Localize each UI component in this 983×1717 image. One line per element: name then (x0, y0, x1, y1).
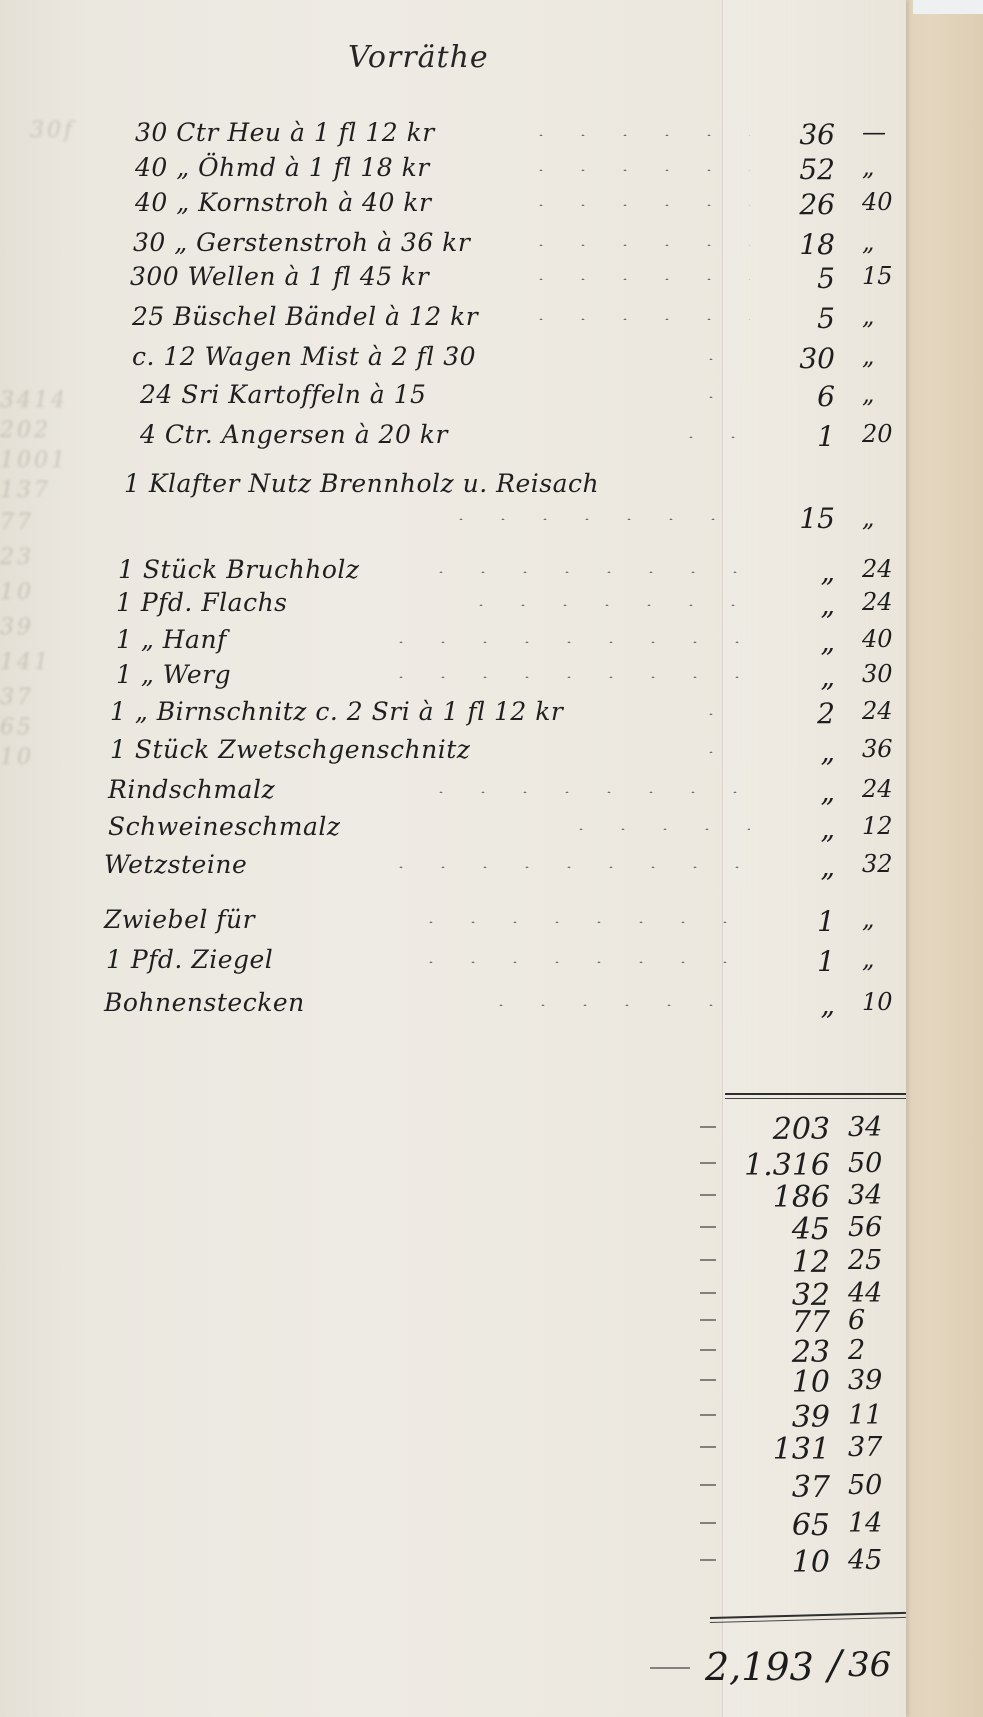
dash-mark (700, 1349, 716, 1351)
dot-leader (410, 961, 750, 963)
dash-mark (700, 1522, 716, 1524)
item-gulden: „ (775, 660, 835, 693)
subtotal-kreuzer: 37 (848, 1432, 904, 1463)
item-kreuzer: „ (862, 302, 906, 330)
dot-leader (690, 358, 750, 360)
item-kreuzer: „ (862, 228, 906, 256)
dash-mark (700, 1226, 716, 1228)
dot-leader (480, 1004, 750, 1006)
dash-mark (700, 1259, 716, 1261)
item-gulden: „ (775, 988, 835, 1021)
item-description: 40 „ Kornstroh à 40 kr (135, 188, 431, 217)
item-description: 1 „ Werg (116, 660, 231, 689)
item-kreuzer: „ (862, 905, 906, 933)
item-gulden: 1 (775, 945, 835, 978)
item-description: 40 „ Öhmd à 1 fl 18 kr (135, 153, 430, 182)
grand-total-gulden: 2,193 (705, 1645, 835, 1689)
subtotal-row: 37 50 (0, 1470, 906, 1502)
item-description: 24 Sri Kartoffeln à 15 (140, 380, 426, 409)
dot-leader (690, 396, 750, 398)
item-kreuzer: „ (862, 153, 906, 181)
grand-total-kreuzer: 36 (848, 1645, 906, 1685)
item-gulden: 26 (775, 188, 835, 221)
sum-rule-secondary (725, 1098, 906, 1099)
ledger-row: 40 „ Kornstroh à 40 kr 26 40 (0, 188, 906, 224)
item-kreuzer: 36 (862, 735, 906, 763)
ledger-row: Bohnenstecken „ 10 (0, 988, 906, 1024)
item-gulden: 36 (775, 118, 835, 151)
subtotal-kreuzer: 45 (848, 1545, 904, 1576)
dot-leader (690, 751, 750, 753)
dot-leader (380, 866, 750, 868)
item-gulden: „ (775, 588, 835, 621)
item-description: 1 Pfd. Ziegel (106, 945, 273, 974)
item-description: 1 „ Hanf (116, 625, 227, 654)
dot-leader (520, 244, 750, 246)
ledger-row: 30 Ctr Heu à 1 fl 12 kr 36 — (0, 118, 906, 154)
ledger-row: Wetzsteine „ 32 (0, 850, 906, 886)
subtotal-row: 12 25 (0, 1245, 906, 1277)
item-description: 300 Wellen à 1 fl 45 kr (130, 262, 429, 291)
background-gap (913, 0, 983, 14)
item-description: 1 Klafter Nutz Brennholz u. Reisach (124, 462, 644, 506)
ledger-row: 30 „ Gerstenstroh à 36 kr 18 „ (0, 228, 906, 264)
item-gulden: 52 (775, 153, 835, 186)
subtotal-gulden: 131 (730, 1432, 830, 1467)
subtotal-kreuzer: 34 (848, 1180, 904, 1211)
ledger-row: 1 Klafter Nutz Brennholz u. Reisach 15 „ (0, 462, 906, 532)
item-gulden: 5 (775, 262, 835, 295)
dot-leader (520, 278, 750, 280)
item-gulden: „ (775, 850, 835, 883)
item-kreuzer: 24 (862, 555, 906, 583)
item-kreuzer: 30 (862, 660, 906, 688)
item-gulden: „ (775, 735, 835, 768)
subtotal-kreuzer: 2 (848, 1335, 904, 1366)
subtotal-gulden: 12 (730, 1245, 830, 1280)
item-kreuzer: 10 (862, 988, 906, 1016)
dot-leader (520, 318, 750, 320)
subtotal-row: 10 45 (0, 1545, 906, 1577)
ledger-row: Zwiebel für 1 „ (0, 905, 906, 941)
ledger-row: 1 Stück Zwetschgenschnitz „ 36 (0, 735, 906, 771)
item-description: Rindschmalz (108, 775, 275, 804)
dot-leader (380, 676, 750, 678)
dash-mark (700, 1484, 716, 1486)
item-gulden: 30 (775, 342, 835, 375)
subtotal-row: 39 11 (0, 1400, 906, 1432)
dot-leader (410, 921, 750, 923)
subtotal-gulden: 1.316 (730, 1148, 830, 1183)
ledger-row: 1 „ Hanf „ 40 (0, 625, 906, 661)
item-description: 30 „ Gerstenstroh à 36 kr (133, 228, 470, 257)
subtotal-kreuzer: 34 (848, 1112, 904, 1143)
subtotal-row: 203 34 (0, 1112, 906, 1144)
item-description: 25 Büschel Bändel à 12 kr (132, 302, 478, 331)
item-gulden: „ (775, 812, 835, 845)
grand-total-row: 2,193 / 36 (0, 1645, 906, 1695)
dot-leader (690, 713, 750, 715)
ledger-row: 1 „ Werg „ 30 (0, 660, 906, 696)
item-gulden: „ (775, 625, 835, 658)
subtotal-row: 77 6 (0, 1305, 906, 1337)
column-separator: / (828, 1643, 841, 1689)
subtotal-row: 1.316 50 (0, 1148, 906, 1180)
item-gulden: 18 (775, 228, 835, 261)
item-description: 1 „ Birnschnitz c. 2 Sri à 1 fl 12 kr (110, 697, 563, 726)
subtotal-row: 10 39 (0, 1365, 906, 1397)
dash-mark (700, 1126, 716, 1128)
item-kreuzer: 15 (862, 262, 906, 290)
subtotal-row: 65 14 (0, 1508, 906, 1540)
subtotal-row: 45 56 (0, 1212, 906, 1244)
ledger-row: 1 Pfd. Ziegel 1 „ (0, 945, 906, 981)
subtotal-kreuzer: 50 (848, 1470, 904, 1501)
item-gulden: 5 (775, 302, 835, 335)
ledger-row: 300 Wellen à 1 fl 45 kr 5 15 (0, 262, 906, 298)
subtotal-kreuzer: 56 (848, 1212, 904, 1243)
item-description: Wetzsteine (104, 850, 247, 879)
item-kreuzer: 20 (862, 420, 906, 448)
subtotal-row: 23 2 (0, 1335, 906, 1367)
dot-leader (380, 641, 750, 643)
subtotal-gulden: 39 (730, 1400, 830, 1435)
item-kreuzer: „ (862, 945, 906, 973)
dot-leader (560, 828, 750, 830)
dot-leader (670, 436, 750, 438)
dot-leader (520, 204, 750, 206)
dot-leader (520, 169, 750, 171)
subtotal-row: 131 37 (0, 1432, 906, 1464)
dot-leader (420, 571, 750, 573)
item-gulden: „ (775, 555, 835, 588)
subtotal-kreuzer: 25 (848, 1245, 904, 1276)
item-gulden: 2 (775, 697, 835, 730)
item-kreuzer: 24 (862, 588, 906, 616)
item-description: 30 Ctr Heu à 1 fl 12 kr (135, 118, 435, 147)
item-description: 1 Stück Bruchholz (118, 555, 360, 584)
dot-leader (420, 791, 750, 793)
subtotal-gulden: 10 (730, 1545, 830, 1580)
dash-mark (700, 1414, 716, 1416)
item-description: Bohnenstecken (104, 988, 305, 1017)
item-kreuzer: 24 (862, 697, 906, 725)
dash-mark (700, 1292, 716, 1294)
item-kreuzer: — (862, 118, 906, 146)
item-description: c. 12 Wagen Mist à 2 fl 30 (132, 342, 476, 371)
ledger-page: 30f 3414 202 1001 137 77 23 10 39 141 37… (0, 0, 906, 1717)
dot-leader (520, 134, 750, 136)
ledger-row: 25 Büschel Bändel à 12 kr 5 „ (0, 302, 906, 338)
dash-mark (700, 1162, 716, 1164)
item-description: 4 Ctr. Angersen à 20 kr (140, 420, 448, 449)
item-gulden: „ (775, 775, 835, 808)
ledger-row: 1 Stück Bruchholz „ 24 (0, 555, 906, 591)
ledger-row: 24 Sri Kartoffeln à 15 6 „ (0, 380, 906, 416)
item-gulden: 15 (775, 502, 835, 535)
ledger-row: Schweineschmalz „ 12 (0, 812, 906, 848)
subtotal-kreuzer: 6 (848, 1305, 904, 1336)
subtotal-gulden: 45 (730, 1212, 830, 1247)
item-kreuzer: „ (862, 504, 906, 532)
subtotal-row: 186 34 (0, 1180, 906, 1212)
item-description: Schweineschmalz (108, 812, 341, 841)
subtotal-gulden: 186 (730, 1180, 830, 1215)
dash-mark (700, 1194, 716, 1196)
ledger-row: 1 Pfd. Flachs „ 24 (0, 588, 906, 624)
dot-leader (460, 604, 750, 606)
subtotal-kreuzer: 11 (848, 1400, 904, 1431)
subtotal-kreuzer: 50 (848, 1148, 904, 1179)
subtotal-kreuzer: 14 (848, 1508, 904, 1539)
dash-mark (700, 1379, 716, 1381)
item-kreuzer: 24 (862, 775, 906, 803)
item-kreuzer: 40 (862, 188, 906, 216)
subtotal-kreuzer: 39 (848, 1365, 904, 1396)
ledger-row: Rindschmalz „ 24 (0, 775, 906, 811)
item-kreuzer: 32 (862, 850, 906, 878)
dot-leader (440, 518, 750, 520)
sum-rule (725, 1093, 906, 1095)
subtotal-gulden: 10 (730, 1365, 830, 1400)
subtotal-gulden: 37 (730, 1470, 830, 1505)
item-gulden: 1 (775, 420, 835, 453)
subtotal-gulden: 203 (730, 1112, 830, 1147)
item-gulden: 1 (775, 905, 835, 938)
item-kreuzer: „ (862, 342, 906, 370)
ledger-row: c. 12 Wagen Mist à 2 fl 30 30 „ (0, 342, 906, 378)
subtotal-gulden: 65 (730, 1508, 830, 1543)
dash-mark (700, 1446, 716, 1448)
item-kreuzer: 40 (862, 625, 906, 653)
ledger-row: 1 „ Birnschnitz c. 2 Sri à 1 fl 12 kr 2 … (0, 697, 906, 733)
dash-mark (700, 1319, 716, 1321)
ledger-row: 4 Ctr. Angersen à 20 kr 1 20 (0, 420, 906, 456)
item-kreuzer: „ (862, 380, 906, 408)
page-title: Vorräthe (348, 40, 489, 75)
ledger-row: 40 „ Öhmd à 1 fl 18 kr 52 „ (0, 153, 906, 189)
dash-mark (700, 1559, 716, 1561)
item-gulden: 6 (775, 380, 835, 413)
dash-mark (650, 1667, 690, 1669)
item-description: Zwiebel für (104, 905, 255, 934)
item-description: 1 Stück Zwetschgenschnitz (110, 735, 470, 764)
item-kreuzer: 12 (862, 812, 906, 840)
item-description: 1 Pfd. Flachs (116, 588, 288, 617)
